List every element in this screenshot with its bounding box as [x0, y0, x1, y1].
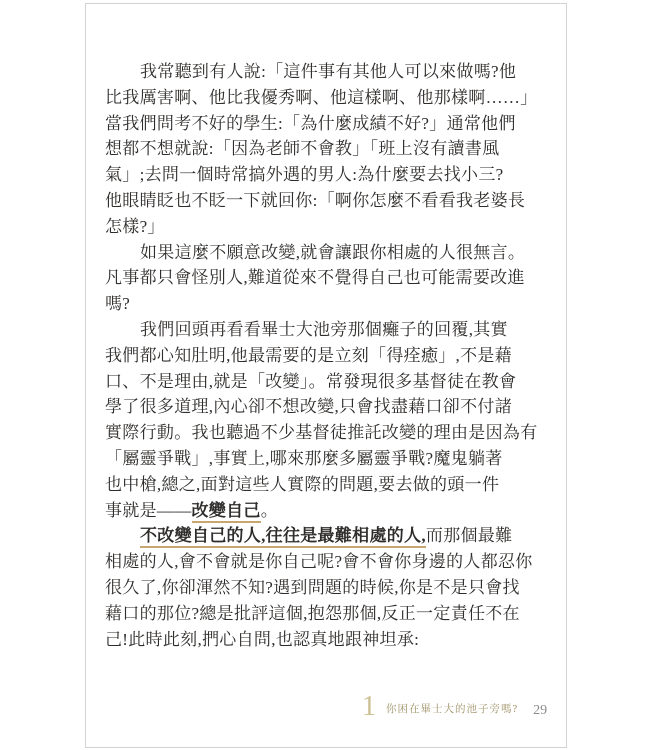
body-text: 己!此時此刻,捫心自問,也認真地跟神坦承: [105, 630, 419, 649]
text-line: 事就是——改變自己。 [105, 498, 553, 524]
text-line: 學了很多道理,內心卻不想改變,只會找盡藉口卻不付諸 [105, 394, 553, 420]
body-text: 他眼睛眨也不眨一下就回你:「啊你怎麼不看看我老婆長 [105, 191, 525, 210]
body-text: 想都不想就說:「因為老師不會教」「班上沒有讀書風 [105, 139, 499, 158]
text-line: 我常聽到有人說:「這件事有其他人可以來做嗎?他 [105, 59, 553, 85]
text-line: 凡事都只會怪別人,難道從來不覺得自己也可能需要改進 [105, 265, 553, 291]
book-page-scan: 我常聽到有人說:「這件事有其他人可以來做嗎?他比我厲害啊、他比我優秀啊、他這樣啊… [0, 0, 650, 750]
body-text: 「屬靈爭戰」,事實上,哪來那麼多屬靈爭戰?魔鬼躺著 [105, 449, 503, 468]
body-text: 也中槍,總之,面對這些人實際的問題,要去做的頭一件 [105, 475, 499, 494]
chapter-number: 1 [362, 694, 376, 720]
text-line: 氣」;去問一個時常搞外遇的男人:為什麼要去找小三? [105, 162, 553, 188]
body-text: 如果這麼不願意改變,就會讓跟你相處的人很無言。 [140, 243, 525, 262]
text-block: 我常聽到有人說:「這件事有其他人可以來做嗎?他比我厲害啊、他比我優秀啊、他這樣啊… [105, 59, 553, 652]
body-text: 嗎? [105, 294, 130, 313]
text-line: 己!此時此刻,捫心自問,也認真地跟神坦承: [105, 627, 553, 653]
body-text: 氣」;去問一個時常搞外遇的男人:為什麼要去找小三? [105, 165, 504, 184]
text-line: 也中槍,總之,面對這些人實際的問題,要去做的頭一件 [105, 472, 553, 498]
body-text: 我常聽到有人說:「這件事有其他人可以來做嗎?他 [140, 62, 516, 81]
emphasized-text: 不改變自己的人,往往是最難相處的人, [140, 526, 426, 548]
text-line: 不改變自己的人,往往是最難相處的人,而那個最難 [105, 523, 553, 549]
body-text: 事就是—— [105, 501, 192, 520]
body-text: 我們回頭再看看畢士大池旁那個癱子的回覆,其實 [140, 320, 508, 339]
chapter-title: 你困在畢士大的池子旁嗎? [386, 704, 518, 720]
text-line: 「屬靈爭戰」,事實上,哪來那麼多屬靈爭戰?魔鬼躺著 [105, 446, 553, 472]
text-line: 怎樣?」 [105, 214, 553, 240]
body-text: 當我們問考不好的學生:「為什麼成績不好?」通常他們 [105, 114, 516, 133]
text-line: 我們都心知肚明,他最需要的是立刻「得痊癒」,不是藉 [105, 343, 553, 369]
text-line: 口、不是理由,就是「改變」。常發現很多基督徒在教會 [105, 369, 553, 395]
page-frame: 我常聽到有人說:「這件事有其他人可以來做嗎?他比我厲害啊、他比我優秀啊、他這樣啊… [85, 3, 567, 748]
footer: 1 你困在畢士大的池子旁嗎? 29 [362, 694, 547, 720]
text-line: 比我厲害啊、他比我優秀啊、他這樣啊、他那樣啊……」 [105, 85, 553, 111]
body-text: 藉口的那位?總是批評這個,抱怨那個,反正一定責任不在 [105, 604, 520, 623]
body-text: 口、不是理由,就是「改變」。常發現很多基督徒在教會 [105, 372, 516, 391]
body-text: 學了很多道理,內心卻不想改變,只會找盡藉口卻不付諸 [105, 397, 512, 416]
text-line: 很久了,你卻渾然不知?遇到問題的時候,你是不是只會找 [105, 575, 553, 601]
text-line: 我們回頭再看看畢士大池旁那個癱子的回覆,其實 [105, 317, 553, 343]
body-text: 我們都心知肚明,他最需要的是立刻「得痊癒」,不是藉 [105, 346, 512, 365]
text-line: 實際行動。我也聽過不少基督徒推託改變的理由是因為有 [105, 420, 553, 446]
text-line: 他眼睛眨也不眨一下就回你:「啊你怎麼不看看我老婆長 [105, 188, 553, 214]
emphasized-text: 改變自己 [192, 501, 261, 523]
body-text: 。 [261, 501, 278, 520]
body-text: 相處的人,會不會就是你自己呢?會不會你身邊的人都忍你 [105, 552, 533, 571]
body-text: 很久了,你卻渾然不知?遇到問題的時候,你是不是只會找 [105, 578, 520, 597]
body-text: 怎樣?」 [105, 217, 165, 236]
body-text: 凡事都只會怪別人,難道從來不覺得自己也可能需要改進 [105, 268, 525, 287]
body-text: 實際行動。我也聽過不少基督徒推託改變的理由是因為有 [105, 423, 538, 442]
page-number: 29 [533, 703, 547, 720]
body-text: 而那個最難 [426, 526, 513, 545]
text-line: 想都不想就說:「因為老師不會教」「班上沒有讀書風 [105, 136, 553, 162]
body-text: 比我厲害啊、他比我優秀啊、他這樣啊、他那樣啊……」 [105, 88, 538, 107]
text-line: 藉口的那位?總是批評這個,抱怨那個,反正一定責任不在 [105, 601, 553, 627]
text-line: 如果這麼不願意改變,就會讓跟你相處的人很無言。 [105, 240, 553, 266]
text-line: 嗎? [105, 291, 553, 317]
text-line: 當我們問考不好的學生:「為什麼成績不好?」通常他們 [105, 111, 553, 137]
text-line: 相處的人,會不會就是你自己呢?會不會你身邊的人都忍你 [105, 549, 553, 575]
